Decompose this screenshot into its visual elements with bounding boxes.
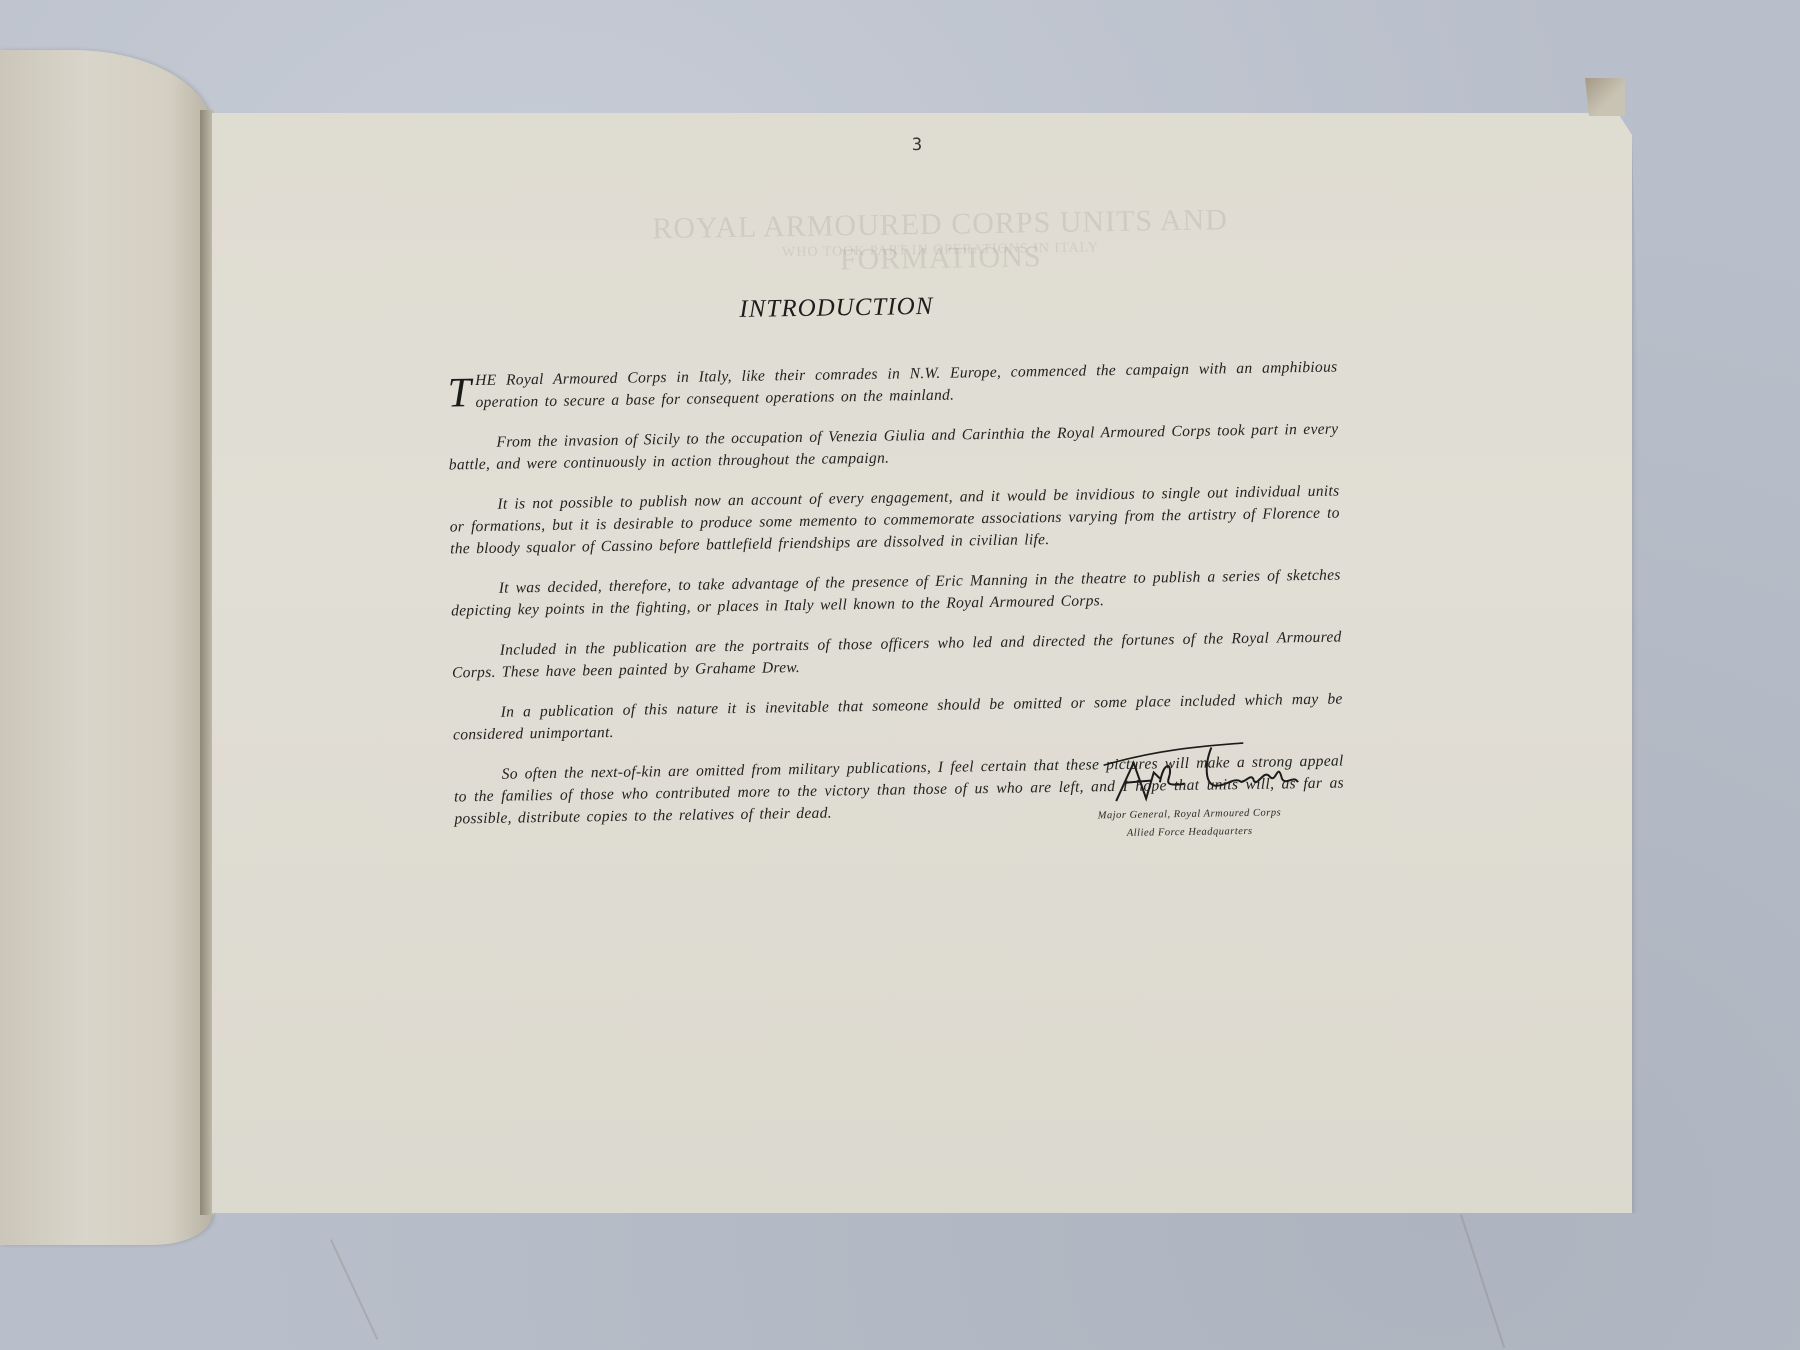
page-number: 3: [912, 135, 923, 155]
page-content: 3 ROYAL ARMOURED CORPS UNITS AND FORMATI…: [203, 102, 1650, 1224]
paragraph-5: Included in the publication are the port…: [452, 626, 1343, 684]
signatory-unit: Allied Force Headquarters: [1035, 821, 1345, 844]
signature-caption: Major General, Royal Armoured Corps Alli…: [1034, 803, 1345, 844]
paragraph-6: In a publication of this nature it is in…: [453, 688, 1344, 746]
page-title: INTRODUCTION: [636, 291, 1036, 325]
paragraph-2: From the invasion of Sicily to the occup…: [448, 419, 1339, 477]
signature-icon: [1093, 740, 1334, 814]
paragraph-1: THE Royal Armoured Corps in Italy, like …: [447, 357, 1338, 415]
surface-scratch: [1460, 1214, 1505, 1348]
paragraph-3: It is not possible to publish now an acc…: [449, 481, 1340, 561]
left-page: [0, 50, 212, 1245]
surface-scratch: [330, 1239, 378, 1340]
drop-cap: T: [447, 376, 471, 410]
paragraph-4: It was decided, therefore, to take advan…: [451, 564, 1342, 622]
paragraph-text: HE Royal Armoured Corps in Italy, like t…: [475, 359, 1337, 412]
